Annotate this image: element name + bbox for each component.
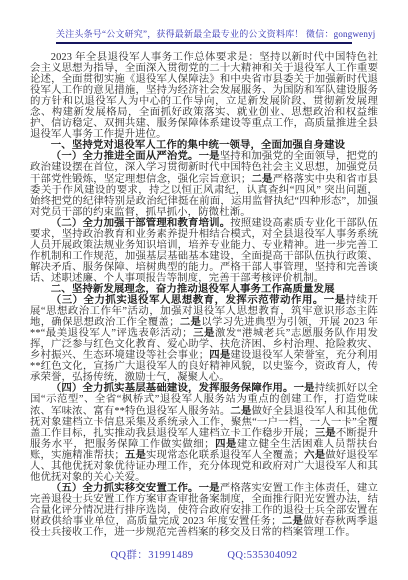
bold-text-run: 二是 <box>230 406 251 417</box>
bold-text-run: （四）全力抓实基层基础建设，发挥服务保障作用。一是 <box>51 383 315 394</box>
bold-text-run: 六是 <box>304 450 325 461</box>
bold-text-run: 三是 <box>315 428 336 439</box>
section-heading: 二、坚持新发展理念，奋力推动退役军人事务工作高质量发展 <box>30 284 378 295</box>
paragraph: 2023 年全县退役军人事务工作总体要求是：坚持以新时代中国特色社会主义思想为指… <box>30 52 378 140</box>
document-page: 关注头条号“公文研究”，获得最新最全最专业的公文资料库！ 微信：gongweny… <box>0 0 408 580</box>
bold-text-run: （二）全力加强干部管理和教育培训。 <box>51 218 230 229</box>
document-body: 2023 年全县退役军人事务工作总体要求是：坚持以新时代中国特色社会主义思想为指… <box>30 52 378 538</box>
bold-text-run: 二、坚持新发展理念，奋力推动退役军人事务工作高质量发展 <box>51 284 335 295</box>
paragraph: （三）全力抓实退役军人思想教育，发挥示范带动作用。一是持续开展“思想政治工作年”… <box>30 295 378 383</box>
paragraph: （一）全力推进全面从严治党。一是坚持和加强党的全面领导，把党的政治建设摆在首位，… <box>30 151 378 217</box>
header-wrap: 关注头条号“公文研究”，获得最新最全最专业的公文资料库！ 微信：gongweny… <box>0 24 408 44</box>
qq-group-number: QQ群：31991489 <box>110 547 193 562</box>
bold-text-run: 一、坚持党对退役军人工作的集中统一领导，全面加强自身建设 <box>51 140 345 151</box>
paragraph: （五）全力抓实移交安置工作。一是严格落实安置工作主体责任，建立完善退役士兵安置工… <box>30 483 378 538</box>
bold-text-run: 四是 <box>215 439 237 450</box>
bold-text-run: 二是 <box>251 174 272 185</box>
footer-banner: QQ群：31991489QQ:535304092 <box>0 547 408 562</box>
text-run: 2023 年全县退役军人事务工作总体要求是：坚持以新时代中国特色社会主义思想为指… <box>30 52 378 140</box>
text-run: 实现常态化联系退役军人全覆盖； <box>146 450 304 461</box>
bold-text-run: 二是 <box>282 516 304 527</box>
bold-text-run: 五是 <box>125 450 146 461</box>
section-heading: 一、坚持党对退役军人工作的集中统一领导，全面加强自身建设 <box>30 140 378 151</box>
qq-number: QQ:535304092 <box>227 550 297 561</box>
paragraph: （四）全力抓实基层基础建设，发挥服务保障作用。一是持续抓好以全国“示范型”、全省… <box>30 383 378 482</box>
bold-text-run: （三）全力抓实退役军人思想教育，发挥示范带动作用。一是 <box>51 295 346 306</box>
bold-text-run: （一）全力推进全面从严治党。一是 <box>51 151 220 162</box>
header-banner: 关注头条号“公文研究”，获得最新最全最专业的公文资料库！ 微信：gongweny… <box>56 28 352 44</box>
bold-text-run: 四是 <box>209 350 230 361</box>
paragraph: （二）全力加强干部管理和教育培训。按照建设高素质专业化干部队伍要求，坚持政治教育… <box>30 218 378 284</box>
bold-text-run: （五）全力抓实移交安置工作。一是 <box>51 483 220 494</box>
bold-text-run: 二是 <box>180 317 202 328</box>
bold-text-run: 三是 <box>193 328 215 339</box>
